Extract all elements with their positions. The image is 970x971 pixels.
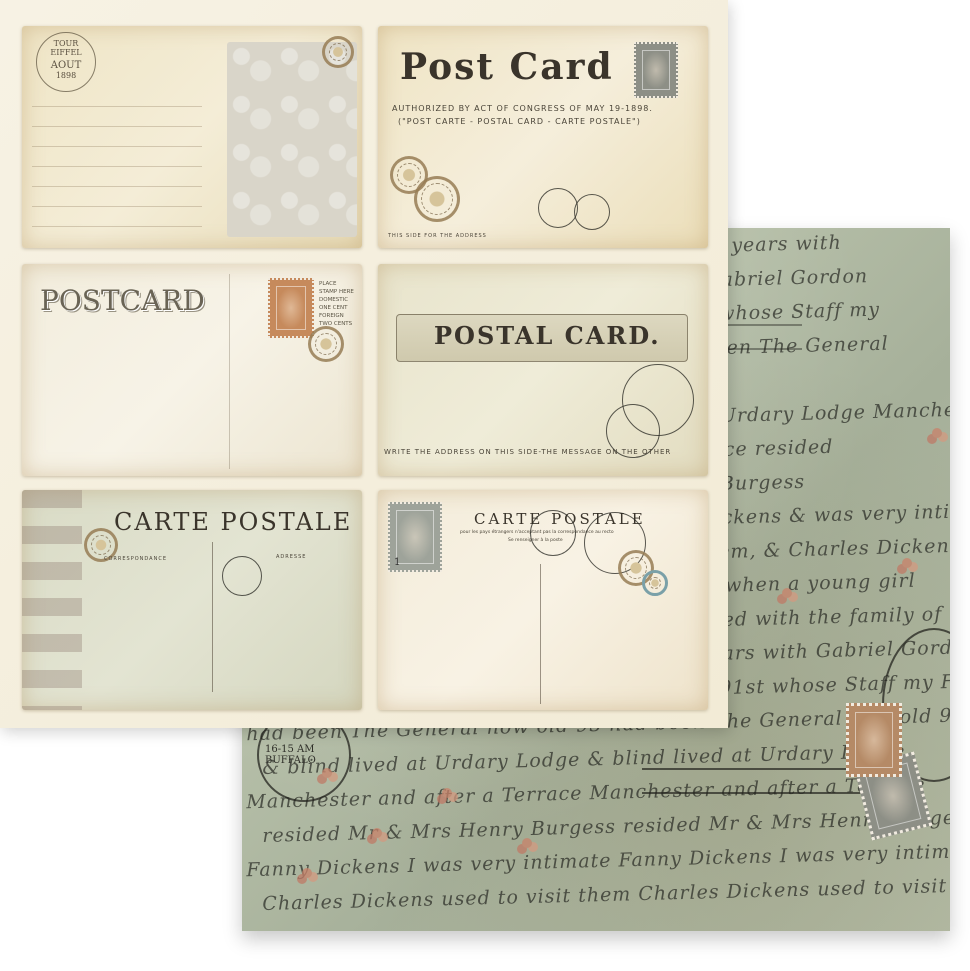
ornate-postcard: POSTCARD PLACESTAMP HEREDOMESTICONE CENT… bbox=[22, 264, 362, 476]
rose-flower bbox=[522, 838, 532, 848]
card-footer: THIS SIDE FOR THE ADDRESS bbox=[388, 233, 487, 239]
tour-eiffel-postmark: TOUR EIFFEL AOUT 1898 bbox=[36, 32, 96, 92]
stamp-value: 1 bbox=[394, 557, 400, 568]
rose-flower bbox=[372, 828, 382, 838]
carte-postale-cream: 1 CARTE POSTALE pour les pays étrangers … bbox=[378, 490, 708, 710]
gear-icon bbox=[414, 176, 460, 222]
card-title: POSTAL CARD. bbox=[434, 321, 661, 350]
card-divider bbox=[540, 564, 541, 704]
postmark-text: 16-15 AM BUFFALO bbox=[265, 744, 349, 766]
damask-border bbox=[22, 490, 82, 710]
lace-pattern-panel bbox=[227, 42, 357, 237]
carte-postale-green: CARTE POSTALE CORRESPONDANCE ADRESSE bbox=[22, 490, 362, 710]
blue-gear-icon bbox=[642, 570, 668, 596]
rose-flower bbox=[902, 558, 912, 568]
stamp-box-line: PLACE bbox=[319, 280, 359, 288]
stamp-box-line: ONE CENT bbox=[319, 304, 359, 312]
stamp-box-line: FOREIGN bbox=[319, 312, 359, 320]
brown-crest-stamp bbox=[846, 703, 902, 777]
postmark bbox=[538, 188, 578, 228]
card-divider bbox=[229, 274, 230, 469]
stamp-box-line: STAMP HERE bbox=[319, 288, 359, 296]
postmark-month: AOUT bbox=[37, 60, 95, 71]
portrait-stamp bbox=[634, 42, 678, 98]
card-title: POSTCARD bbox=[40, 284, 205, 317]
orange-crest-stamp bbox=[268, 278, 314, 338]
rose-flower bbox=[322, 768, 332, 778]
rose-flower bbox=[932, 428, 942, 438]
postmark-year: 1898 bbox=[37, 71, 95, 80]
us-postal-card: POSTAL CARD. WRITE THE ADDRESS ON THIS S… bbox=[378, 264, 708, 476]
gear-icon bbox=[322, 36, 354, 68]
stamp-box-text: PLACESTAMP HEREDOMESTICONE CENTFOREIGNTW… bbox=[319, 280, 359, 328]
correspondance-label: CORRESPONDANCE bbox=[104, 556, 167, 562]
postcards-sheet: TOUR EIFFEL AOUT 1898 Post Card AUTHORIZ… bbox=[0, 0, 728, 728]
postmark bbox=[222, 556, 262, 596]
card-subtitle: AUTHORIZED BY ACT OF CONGRESS OF MAY 19-… bbox=[392, 104, 653, 113]
one-cent-stamp: 1 bbox=[388, 502, 442, 572]
tour-eiffel-postcard: TOUR EIFFEL AOUT 1898 bbox=[22, 26, 362, 248]
rose-flower bbox=[302, 868, 312, 878]
duquesne-postmark bbox=[530, 510, 576, 556]
gear-icon bbox=[308, 326, 344, 362]
postmark-ring-text: TOUR EIFFEL bbox=[37, 39, 95, 57]
adresse-label: ADRESSE bbox=[276, 554, 306, 560]
post-card-congress: Post Card AUTHORIZED BY ACT OF CONGRESS … bbox=[378, 26, 708, 248]
card-languages: ("POST CARTE - POSTAL CARD - CARTE POSTA… bbox=[398, 117, 641, 126]
rose-flower bbox=[782, 588, 792, 598]
card-footer: WRITE THE ADDRESS ON THIS SIDE-THE MESSA… bbox=[384, 448, 671, 456]
card-title: Post Card bbox=[400, 46, 614, 88]
stamp-box-line: DOMESTIC bbox=[319, 296, 359, 304]
rose-flower bbox=[442, 788, 452, 798]
card-title: CARTE POSTALE bbox=[114, 508, 352, 536]
postmark bbox=[574, 194, 610, 230]
card-divider bbox=[212, 542, 213, 692]
